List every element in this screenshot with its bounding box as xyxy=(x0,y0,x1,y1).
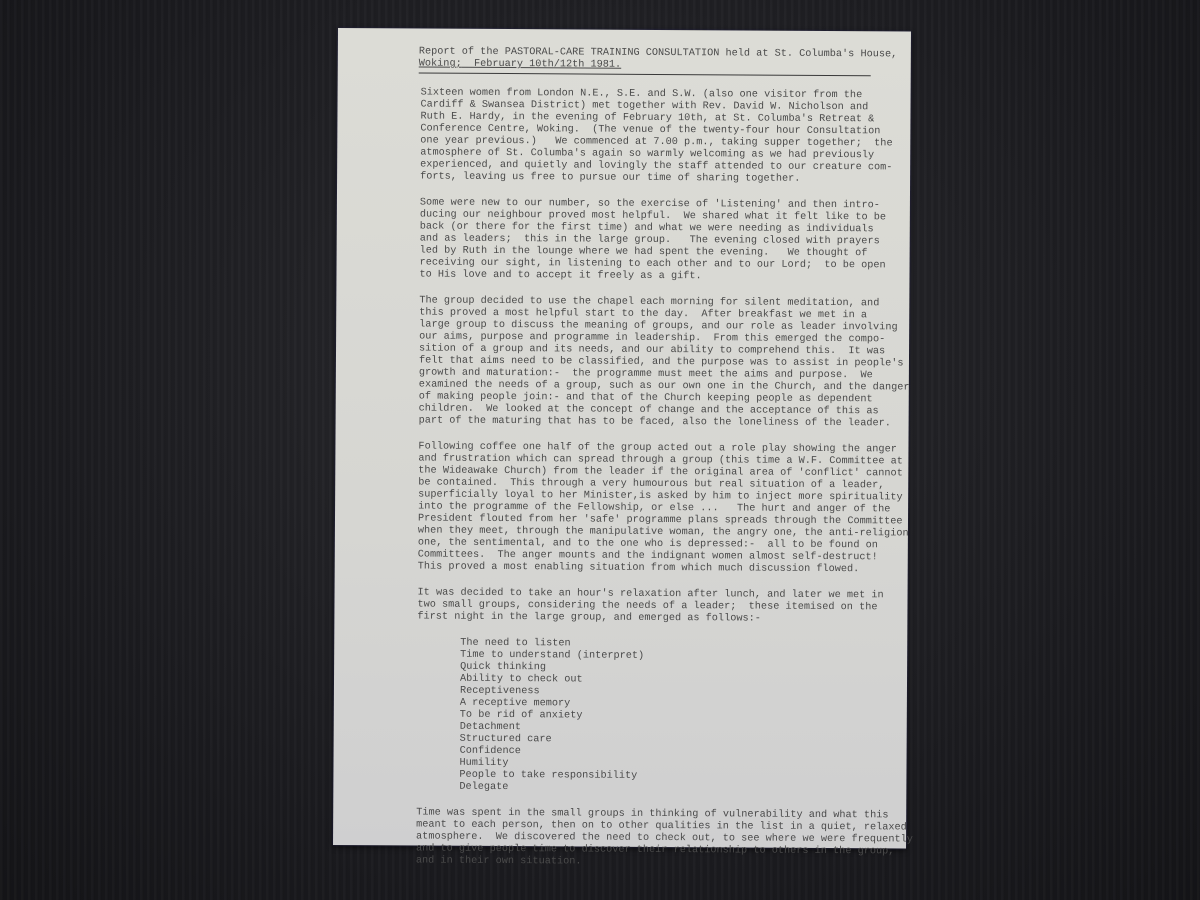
text-line: part of the maturing that has to be face… xyxy=(419,415,889,430)
text-line: This proved a most enabling situation fr… xyxy=(418,561,888,576)
list-item: Delegate xyxy=(459,782,886,797)
paragraph: Following coffee one half of the group a… xyxy=(418,441,889,576)
title-place: Woking; xyxy=(419,58,462,69)
title-date: February 10th/12th 1981. xyxy=(462,59,622,71)
report-title: Report of the PASTORAL-CARE TRAINING CON… xyxy=(419,46,874,76)
paragraph: It was decided to take an hour's relaxat… xyxy=(417,587,887,626)
closing-paragraph: Time was spent in the small groups in th… xyxy=(416,807,886,870)
paragraph: Some were new to our number, so the exer… xyxy=(419,198,890,285)
typed-report-page: Report of the PASTORAL-CARE TRAINING CON… xyxy=(333,28,911,848)
leader-needs-list: The need to listenTime to understand (in… xyxy=(459,638,887,797)
report-body: Report of the PASTORAL-CARE TRAINING CON… xyxy=(416,47,891,871)
title-underline xyxy=(419,72,871,76)
paragraph: Sixteen women from London N.E., S.E. and… xyxy=(420,88,891,187)
paragraph: The group decided to use the chapel each… xyxy=(419,296,890,431)
paragraphs: Sixteen women from London N.E., S.E. and… xyxy=(417,88,890,627)
